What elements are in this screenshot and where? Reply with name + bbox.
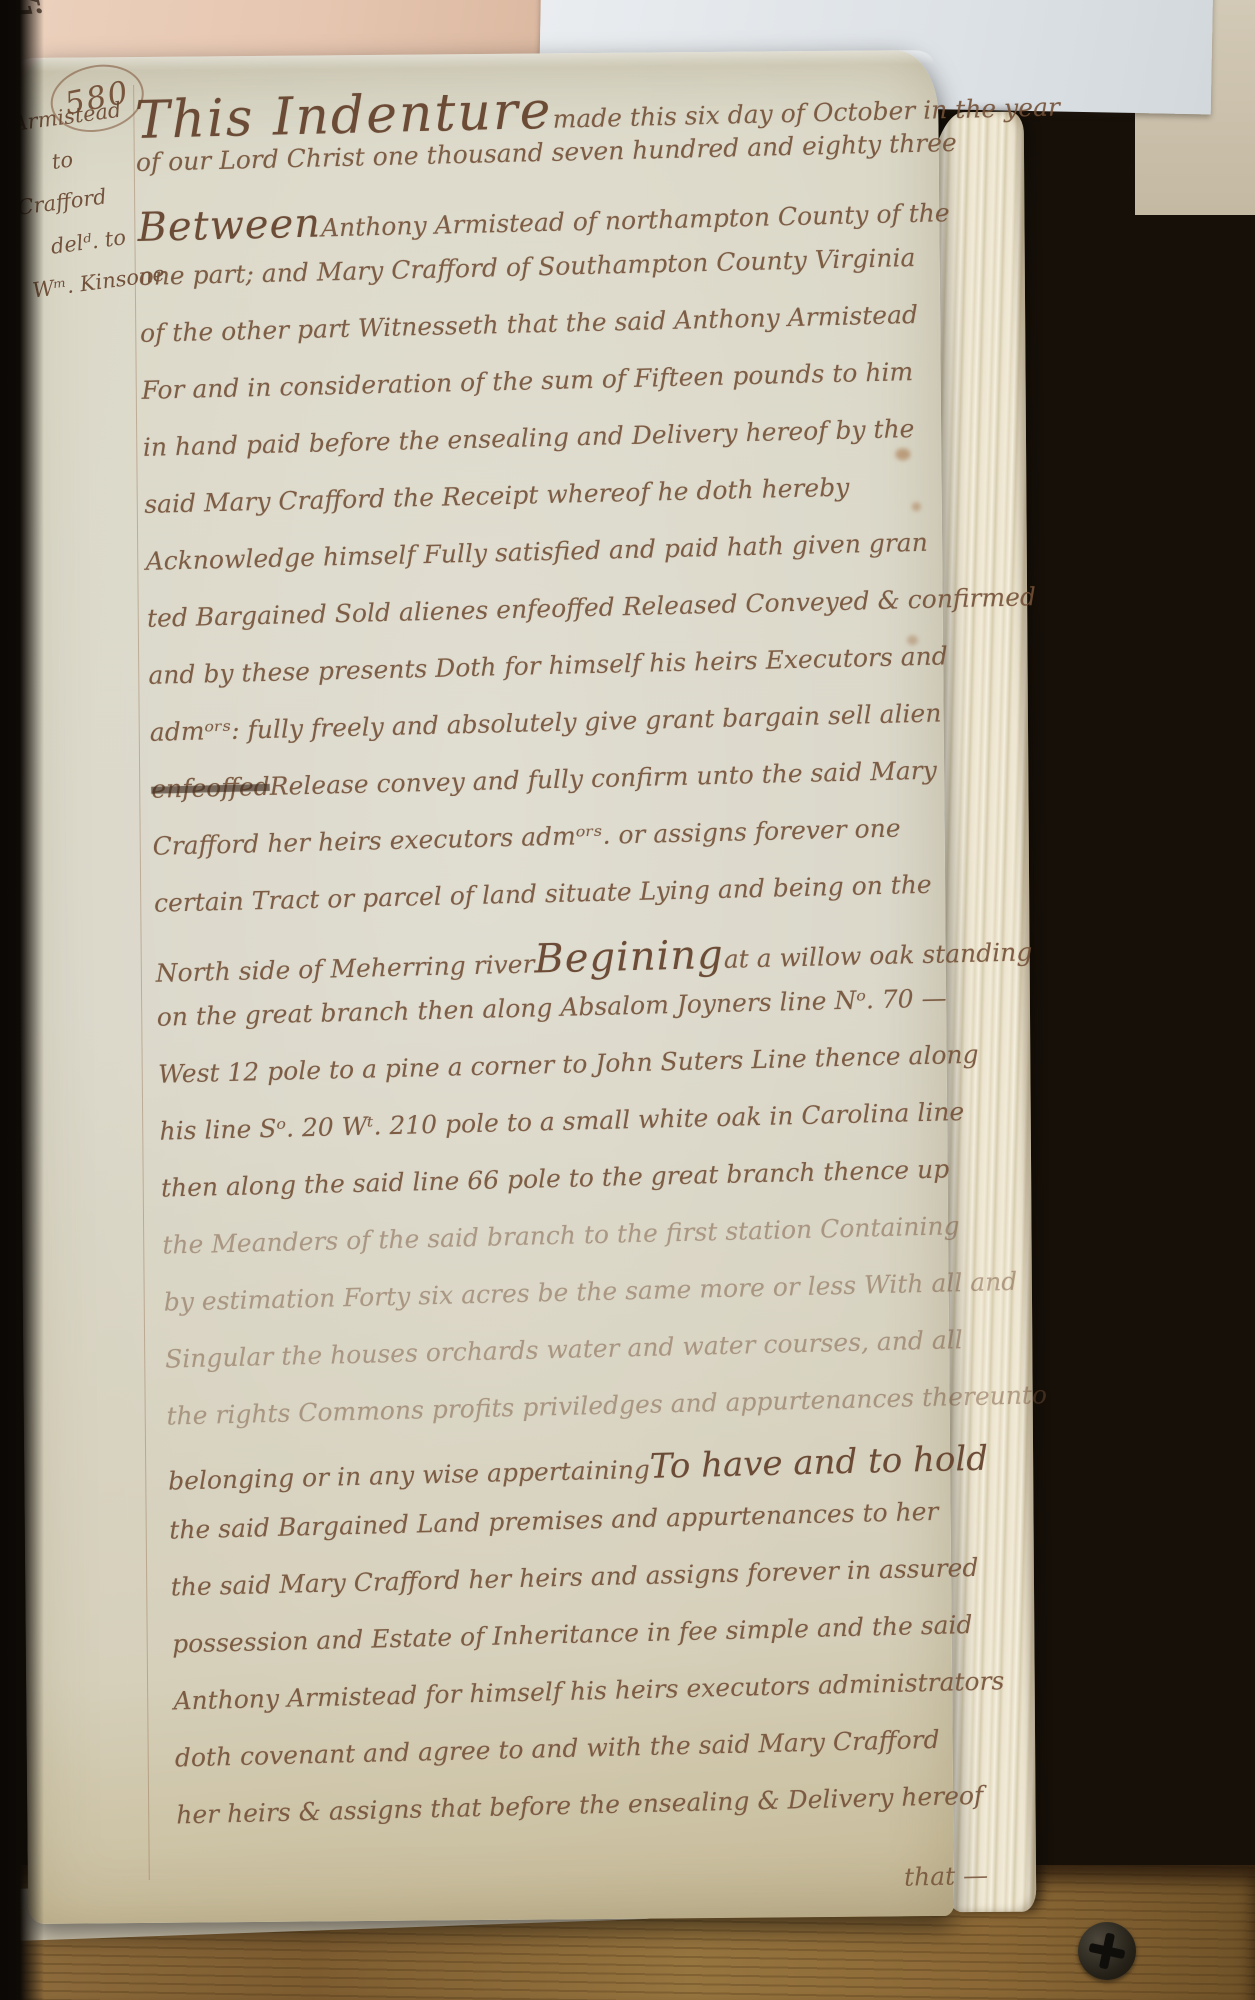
margin-note-line: Armistead bbox=[11, 98, 137, 135]
foxing-stain bbox=[907, 635, 918, 645]
handwritten-text: North side of Meherring river bbox=[155, 949, 534, 987]
foxing-stain bbox=[912, 502, 921, 511]
handwritten-text: belonging or in any wise appertaining bbox=[168, 1455, 650, 1496]
display-word: To have and to hold bbox=[649, 1439, 988, 1487]
catchword: that — bbox=[818, 1861, 989, 1894]
margin-note-line: to bbox=[51, 140, 143, 173]
display-word: Begining bbox=[534, 932, 724, 983]
manuscript-body-text: This Indenture made this six day of Octo… bbox=[134, 71, 989, 1857]
handwritten-text: Anthony Armistead of northampton County … bbox=[321, 198, 950, 242]
foxing-stain bbox=[895, 448, 910, 460]
previous-page-writing-fragment: Vi bbox=[0, 0, 52, 26]
screw bbox=[1078, 1922, 1136, 1980]
manuscript-page: 580 Armistead to Crafford delᵈ. to Wᵐ. K… bbox=[12, 50, 954, 1924]
display-word: Between bbox=[137, 200, 322, 250]
margin-note-line: Crafford bbox=[16, 181, 148, 219]
handwritten-text: enfeoffed bbox=[151, 772, 270, 804]
